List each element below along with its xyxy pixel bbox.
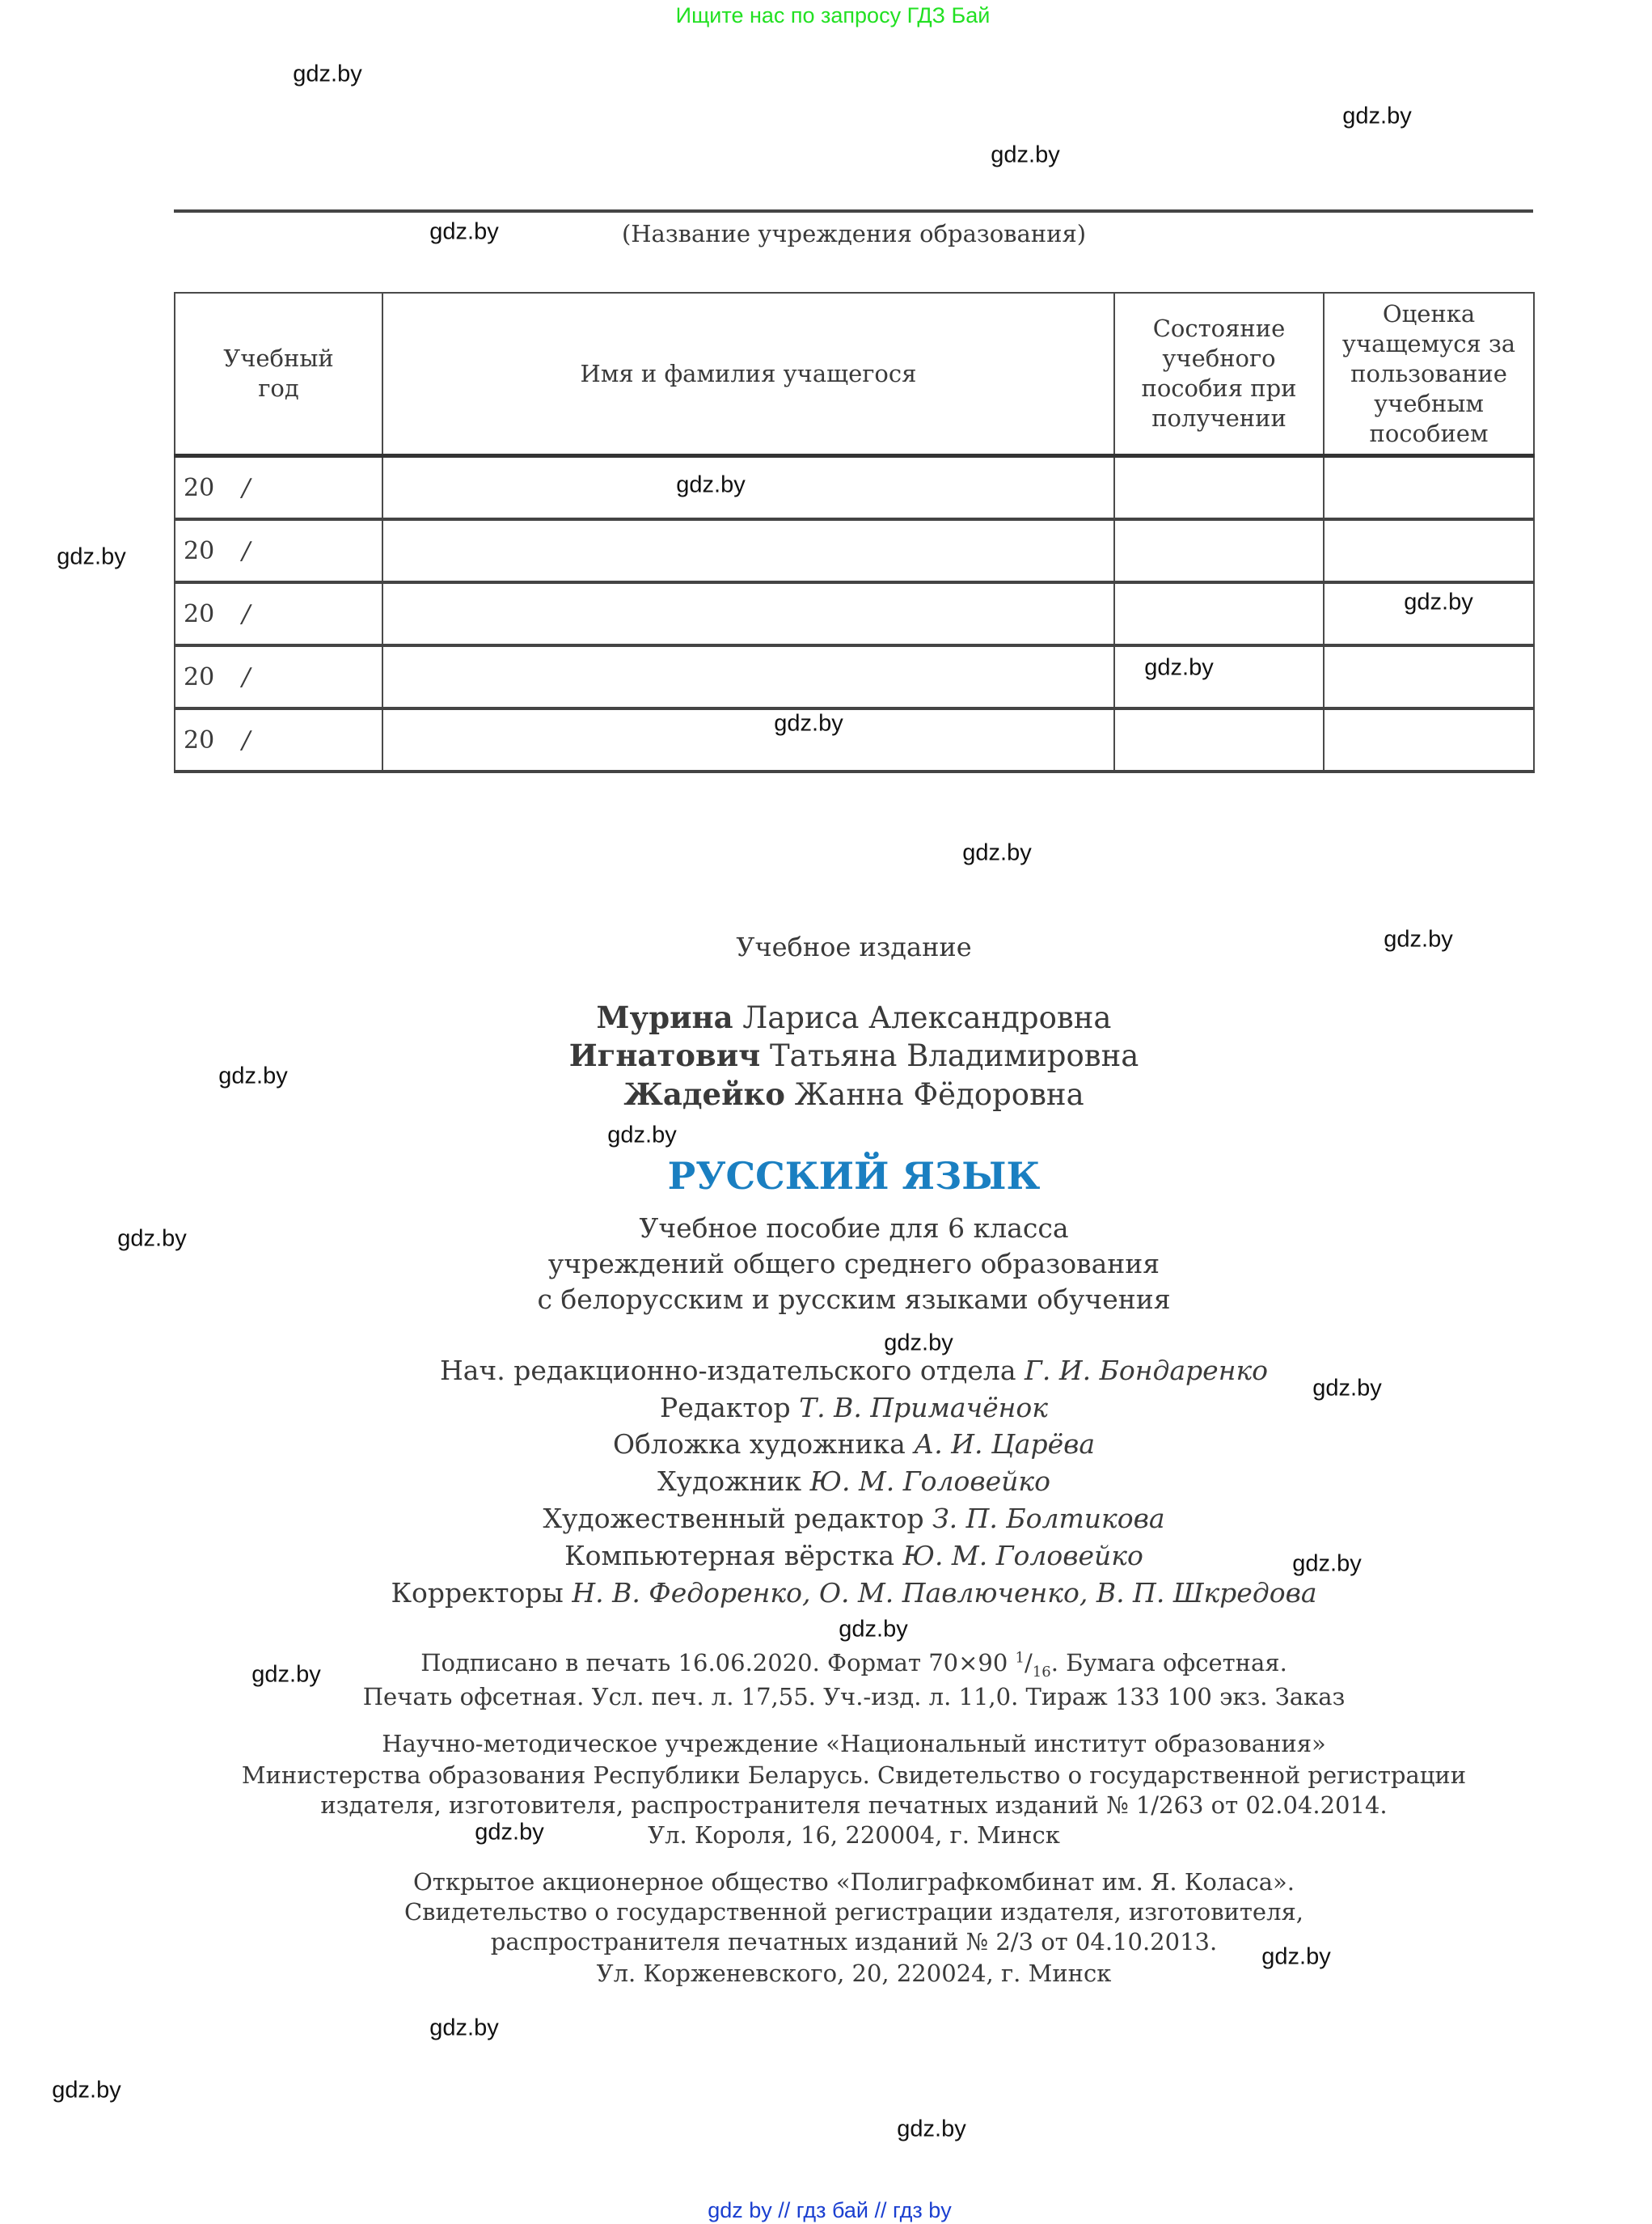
staff-person: А. И. Царёва	[914, 1428, 1095, 1460]
author-surname: Мурина	[597, 1000, 733, 1035]
year-separator: /	[242, 726, 250, 755]
author-surname: Жадейко	[623, 1076, 785, 1112]
printer-line: Свидетельство о государственной регистра…	[404, 1898, 1303, 1926]
table-row: 20/	[175, 708, 1534, 772]
author-given-name: Татьяна Владимировна	[770, 1038, 1139, 1073]
watermark: gdz.by	[1384, 927, 1452, 953]
year-prefix: 20	[184, 600, 214, 628]
table-row: 20/	[175, 519, 1534, 582]
search-banner: Ищите нас по запросу ГДЗ Бай	[676, 3, 991, 28]
printer-line: Ул. Корженевского, 20, 220024, г. Минск	[597, 1960, 1112, 1987]
condition-cell[interactable]	[1114, 708, 1324, 772]
staff-role: Обложка художника	[613, 1428, 906, 1460]
condition-cell[interactable]	[1114, 519, 1324, 582]
watermark: gdz.by	[293, 61, 361, 88]
edition-type: Учебное издание	[736, 932, 971, 962]
subtitle-line: с белорусским и русским языками обучения	[537, 1283, 1170, 1315]
watermark: gdz.by	[676, 472, 745, 499]
school-year-cell[interactable]: 20/	[175, 519, 382, 582]
school-year-cell[interactable]: 20/	[175, 645, 382, 708]
student-name-cell[interactable]	[382, 519, 1114, 582]
condition-cell[interactable]	[1114, 582, 1324, 645]
staff-credit: Нач. редакционно-издательского отдела Г.…	[440, 1355, 1268, 1386]
format-fraction-numerator: 1	[1016, 1649, 1025, 1666]
school-year-cell[interactable]: 20/	[175, 582, 382, 645]
subtitle-line: учреждений общего среднего образования	[548, 1248, 1160, 1279]
table-row: 20/	[175, 645, 1534, 708]
watermark: gdz.by	[1261, 1944, 1330, 1971]
publisher-line: издателя, изготовителя, распространителя…	[320, 1791, 1387, 1819]
institution-caption: (Название учреждения образования)	[622, 220, 1086, 247]
grade-cell[interactable]	[1324, 708, 1534, 772]
header-grade: Оценка учащемуся за пользование учебным …	[1324, 293, 1534, 456]
grade-cell[interactable]	[1324, 456, 1534, 520]
watermark: gdz.by	[991, 142, 1059, 169]
watermark: gdz.by	[52, 2078, 120, 2104]
year-separator: /	[242, 663, 250, 691]
institution-name-line	[174, 209, 1533, 213]
staff-role: Корректоры	[391, 1577, 563, 1609]
staff-person: Н. В. Федоренко, О. М. Павлюченко, В. П.…	[572, 1577, 1316, 1609]
publisher-line: Министерства образования Республики Бела…	[242, 1761, 1466, 1789]
staff-role: Художественный редактор	[543, 1503, 923, 1534]
staff-person: Т. В. Примачёнок	[799, 1392, 1048, 1423]
publisher-line: Научно-методическое учреждение «Национал…	[382, 1730, 1326, 1757]
format-fraction-denominator: 16	[1033, 1664, 1051, 1681]
watermark: gdz.by	[1342, 104, 1411, 130]
year-prefix: 20	[184, 474, 214, 502]
table-row: 20/	[175, 582, 1534, 645]
author-given-name: Жанна Фёдоровна	[795, 1077, 1084, 1112]
watermark: gdz.by	[475, 1820, 543, 1846]
staff-role: Компьютерная вёрстка	[564, 1540, 894, 1571]
print-details-line-2: Печать офсетная. Усл. печ. л. 17,55. Уч.…	[363, 1683, 1346, 1710]
watermark: gdz.by	[962, 840, 1031, 867]
staff-credit: Редактор Т. В. Примачёнок	[660, 1392, 1048, 1423]
watermark: gdz.by	[251, 1662, 320, 1689]
header-condition: Состояние учебного пособия при получении	[1114, 293, 1324, 456]
student-name-cell[interactable]	[382, 456, 1114, 520]
author-name: Жадейко Жанна Фёдоровна	[623, 1076, 1084, 1112]
watermark: gdz.by	[57, 544, 125, 571]
watermark: gdz.by	[839, 1617, 907, 1643]
print-details-text: Подписано в печать 16.06.2020. Формат 70…	[420, 1649, 1008, 1676]
grade-cell[interactable]	[1324, 519, 1534, 582]
author-surname: Игнатович	[569, 1038, 761, 1073]
subtitle-line: Учебное пособие для 6 класса	[639, 1212, 1068, 1244]
watermark: gdz.by	[884, 1330, 953, 1357]
publisher-line: Ул. Короля, 16, 220004, г. Минск	[648, 1821, 1060, 1849]
table-row: 20/	[175, 456, 1534, 520]
watermark: gdz.by	[1312, 1376, 1381, 1402]
condition-cell[interactable]	[1114, 456, 1324, 520]
header-school-year: Учебный год	[175, 293, 382, 456]
year-prefix: 20	[184, 663, 214, 691]
header-student-name: Имя и фамилия учащегося	[382, 293, 1114, 456]
staff-role: Художник	[657, 1465, 801, 1497]
staff-credit: Компьютерная вёрстка Ю. М. Головейко	[564, 1540, 1143, 1571]
watermark: gdz.by	[218, 1063, 287, 1090]
printer-line: распространителя печатных изданий № 2/3 …	[491, 1928, 1217, 1956]
staff-person: Г. И. Бондаренко	[1025, 1355, 1268, 1386]
school-year-cell[interactable]: 20/	[175, 708, 382, 772]
staff-person: Ю. М. Головейко	[903, 1540, 1143, 1571]
watermark: gdz.by	[1404, 590, 1472, 616]
paper-type: . Бумага офсетная.	[1051, 1649, 1287, 1676]
staff-role: Нач. редакционно-издательского отдела	[440, 1355, 1016, 1386]
staff-person: Ю. М. Головейко	[810, 1465, 1050, 1497]
watermark: gdz.by	[1144, 655, 1213, 682]
textbook-register-table: Учебный год Имя и фамилия учащегося Сост…	[174, 292, 1535, 773]
book-title: РУССКИЙ ЯЗЫК	[668, 1154, 1041, 1198]
year-separator: /	[242, 537, 250, 565]
staff-credit: Корректоры Н. В. Федоренко, О. М. Павлюч…	[391, 1577, 1316, 1609]
school-year-cell[interactable]: 20/	[175, 456, 382, 520]
staff-person: З. П. Болтикова	[932, 1503, 1164, 1534]
print-details-line-1: Подписано в печать 16.06.2020. Формат 70…	[420, 1649, 1287, 1681]
watermark: gdz.by	[429, 219, 498, 246]
staff-credit: Художник Ю. М. Головейко	[657, 1465, 1050, 1497]
grade-cell[interactable]	[1324, 645, 1534, 708]
staff-credit: Обложка художника А. И. Царёва	[613, 1428, 1095, 1460]
year-separator: /	[242, 600, 250, 628]
student-name-cell[interactable]	[382, 645, 1114, 708]
watermark: gdz.by	[1292, 1551, 1361, 1578]
printer-line: Открытое акционерное общество «Полиграфк…	[413, 1868, 1295, 1896]
author-name: Мурина Лариса Александровна	[597, 1000, 1112, 1035]
year-prefix: 20	[184, 537, 214, 565]
year-prefix: 20	[184, 726, 214, 755]
staff-credit: Художественный редактор З. П. Болтикова	[543, 1503, 1164, 1534]
watermark: gdz.by	[117, 1226, 186, 1253]
author-name: Игнатович Татьяна Владимировна	[569, 1038, 1139, 1073]
watermark: gdz.by	[429, 2015, 498, 2042]
year-separator: /	[242, 474, 250, 502]
author-given-name: Лариса Александровна	[742, 1000, 1111, 1035]
staff-role: Редактор	[660, 1392, 791, 1423]
student-name-cell[interactable]	[382, 708, 1114, 772]
student-name-cell[interactable]	[382, 582, 1114, 645]
watermark: gdz.by	[607, 1123, 676, 1149]
footer-links[interactable]: gdz by // гдз бай // гдз by	[708, 2198, 952, 2223]
watermark: gdz.by	[774, 711, 843, 738]
watermark: gdz.by	[897, 2116, 965, 2143]
